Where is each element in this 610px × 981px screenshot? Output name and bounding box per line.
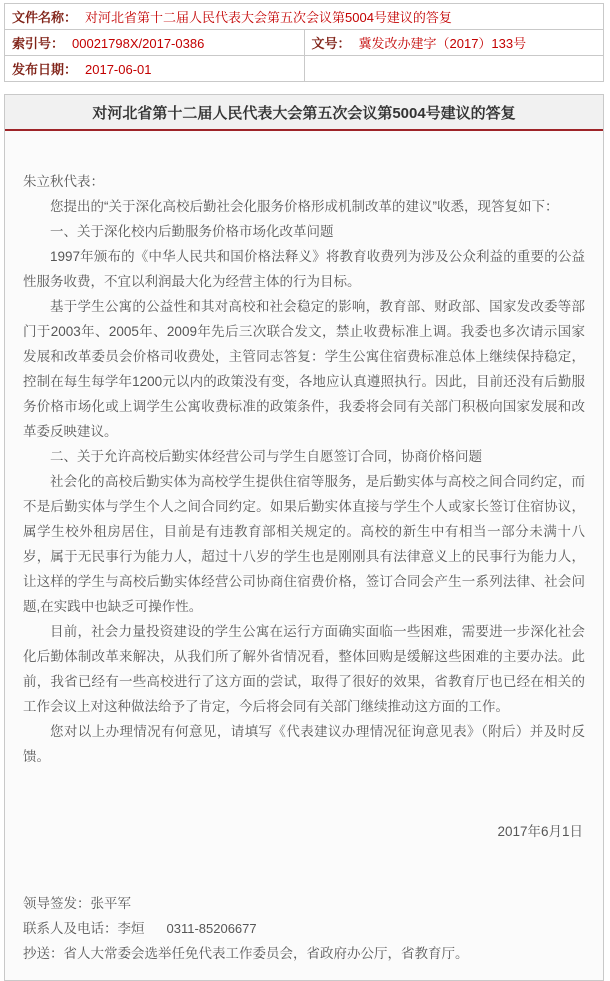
document-body: 朱立秋代表： 您提出的“关于深化高校后勤社会化服务价格形成机制改革的建议”收悉，… (5, 131, 603, 980)
body-paragraph: 社会化的高校后勤实体为高校学生提供住宿等服务，是后勤实体与高校之间合同约定，而不… (23, 469, 585, 619)
contact-line: 联系人及电话：李烜0311-85206677 (23, 916, 585, 941)
document-panel: 对河北省第十二届人民代表大会第五次会议第5004号建议的答复 朱立秋代表： 您提… (4, 94, 604, 981)
body-paragraph: 基于学生公寓的公益性和其对高校和社会稳定的影响，教育部、财政部、国家发改委等部门… (23, 294, 585, 444)
body-paragraph: 目前，社会力量投资建设的学生公寓在运行方面确实面临一些困难，需要进一步深化社会化… (23, 619, 585, 719)
publish-date-label: 发布日期： (12, 62, 77, 77)
body-paragraph: 您对以上办理情况有何意见，请填写《代表建议办理情况征询意见表》（附后）并及时反馈… (23, 719, 585, 769)
contact-label: 联系人及电话：李烜 (23, 921, 145, 936)
index-label: 索引号： (12, 36, 64, 51)
file-name-label: 文件名称： (12, 10, 77, 25)
doc-number-cell: 文号：冀发改办建字（2017）133号 (304, 30, 604, 56)
meta-row-date: 发布日期：2017-06-01 (5, 56, 604, 82)
page: 文件名称：对河北省第十二届人民代表大会第五次会议第5004号建议的答复 索引号：… (0, 0, 610, 981)
body-paragraph: 1997年颁布的《中华人民共和国价格法释义》将教育收费列为涉及公众利益的重要的公… (23, 244, 585, 294)
document-title: 对河北省第十二届人民代表大会第五次会议第5004号建议的答复 (5, 95, 603, 131)
index-cell: 索引号：00021798X/2017-0386 (5, 30, 305, 56)
empty-cell (304, 56, 604, 82)
file-name-value: 对河北省第十二届人民代表大会第五次会议第5004号建议的答复 (85, 10, 452, 25)
meta-row-index: 索引号：00021798X/2017-0386 文号：冀发改办建字（2017）1… (5, 30, 604, 56)
doc-number-label: 文号： (312, 36, 351, 51)
section-heading-1: 一、关于深化校内后勤服务价格市场化改革问题 (23, 219, 585, 244)
file-name-cell: 文件名称：对河北省第十二届人民代表大会第五次会议第5004号建议的答复 (5, 4, 604, 30)
meta-row-filename: 文件名称：对河北省第十二届人民代表大会第五次会议第5004号建议的答复 (5, 4, 604, 30)
publish-date-value: 2017-06-01 (85, 62, 152, 77)
publish-date-cell: 发布日期：2017-06-01 (5, 56, 305, 82)
signer-line: 领导签发：张平军 (23, 891, 585, 916)
salutation: 朱立秋代表： (23, 169, 585, 194)
index-value: 00021798X/2017-0386 (72, 36, 204, 51)
section-heading-2: 二、关于允许高校后勤实体经营公司与学生自愿签订合同，协商价格问题 (23, 444, 585, 469)
contact-phone: 0311-85206677 (167, 921, 257, 936)
body-paragraph: 您提出的“关于深化高校后勤社会化服务价格形成机制改革的建议”收悉，现答复如下： (23, 194, 585, 219)
meta-table: 文件名称：对河北省第十二届人民代表大会第五次会议第5004号建议的答复 索引号：… (4, 3, 604, 82)
doc-number-value: 冀发改办建字（2017）133号 (359, 36, 527, 51)
document-date: 2017年6月1日 (23, 819, 585, 844)
cc-line: 抄送：省人大常委会选举任免代表工作委员会，省政府办公厅，省教育厅。 (23, 941, 585, 966)
